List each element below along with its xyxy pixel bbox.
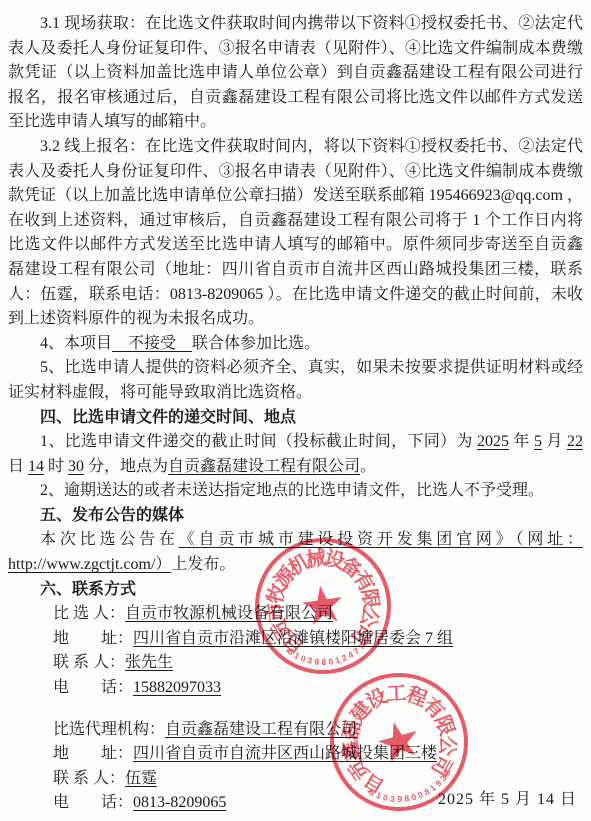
item-4-1: 1、比选申请文件递交的截止时间（投标截止时间，下同）为 2025 年 5 月 2…: [8, 430, 583, 479]
heading-section-4: 四、比选申请文件的递交时间、地点: [8, 406, 583, 431]
contact-value: 自贡市牧源机械设备有限公司: [125, 605, 333, 622]
underlined-value: 不接受: [112, 335, 192, 352]
contact-label: 电 话：: [53, 794, 133, 811]
text-run: 联合体参加比选。: [192, 335, 320, 352]
text-run: 3.2 线上报名：在比选文件获取时间内，将以下资料①授权委托书、②法定代表人及委…: [8, 138, 583, 327]
para-3-1: 3.1 现场获取：在比选文件获取时间内携带以下资料①授权委托书、②法定代表人及委…: [8, 12, 583, 135]
contact-label: 联 系 人：: [53, 654, 125, 671]
item-4-2: 2、逾期送达的或者未送达指定地点的比选申请文件，比选人不予受理。: [8, 479, 583, 504]
text-run: 5、比选申请人提供的资料必须齐全、真实，如果未按要求提供证明材料或经证实材料虚假…: [8, 359, 583, 401]
text-run: 上发布。: [171, 556, 235, 573]
contact-row: 地 址：四川省自贡市沿滩区沿滩镇楼阳塘居委会 7 组: [53, 627, 583, 652]
underlined-value: 14: [28, 458, 44, 475]
heading-section-5: 五、发布公告的媒体: [8, 504, 583, 529]
contact-value: 张先生: [125, 654, 173, 671]
underlined-value: 2025: [477, 433, 509, 450]
document-body: 3.1 现场获取：在比选文件获取时间内携带以下资料①授权委托书、②法定代表人及委…: [8, 12, 583, 602]
text-run: 五、发布公告的媒体: [40, 507, 184, 524]
contact-row: 电 话：15882097033: [53, 676, 583, 701]
contact-value: 0813-8209065: [133, 794, 226, 811]
contact-label: 电 话：: [53, 679, 133, 696]
para-announcement-media: 本次比选公告在《自贡市城市建设投资开发集团官网》（网址：http://www.z…: [8, 528, 583, 577]
document-page: 3.1 现场获取：在比选文件获取时间内携带以下资料①授权委托书、②法定代表人及委…: [0, 0, 591, 821]
contact-value: 伍霆: [125, 770, 157, 787]
underlined-value: 22: [567, 433, 583, 450]
contact-value: 自贡鑫磊建设工程有限公司: [165, 721, 357, 738]
text-run: 四、比选申请文件的递交时间、地点: [40, 409, 296, 426]
text-run: 2、逾期送达的或者未送达指定地点的比选申请文件，比选人不予受理。: [40, 482, 544, 499]
contact-label: 比 选 人：: [53, 605, 125, 622]
contact-label: 地 址：: [53, 630, 133, 647]
contact-row: 比选代理机构：自贡鑫磊建设工程有限公司: [53, 718, 583, 743]
heading-section-6: 六、联系方式: [8, 578, 583, 603]
text-run: 分，地点为: [84, 458, 168, 475]
underlined-value: 30: [68, 458, 84, 475]
contact-label: 联 系 人：: [53, 770, 125, 787]
text-run: 日: [8, 458, 28, 475]
item-4: 4、本项目 不接受 联合体参加比选。: [8, 332, 583, 357]
text-run: 。: [360, 458, 376, 475]
text-run: 3.1 现场获取：在比选文件获取时间内携带以下资料①授权委托书、②法定代表人及委…: [8, 15, 583, 130]
underlined-value: 5: [534, 433, 542, 450]
underlined-value: 自贡鑫磊建设工程有限公司: [168, 458, 360, 475]
contact-value: 四川省自贡市沿滩区沿滩镇楼阳塘居委会 7 组: [133, 630, 453, 647]
text-run: 月: [542, 433, 567, 450]
text-run: 年: [509, 433, 534, 450]
text-run: 1、比选申请文件递交的截止时间（投标截止时间，下同）为: [40, 433, 477, 450]
contact-label: 比选代理机构：: [53, 721, 165, 738]
text-run: 时: [44, 458, 68, 475]
text-run: 本次比选公告在: [40, 531, 179, 548]
contact-value: 四川省自贡市自流井区西山路城投集团三楼: [133, 745, 437, 762]
para-3-2: 3.2 线上报名：在比选文件获取时间内，将以下资料①授权委托书、②法定代表人及委…: [8, 135, 583, 332]
contact-row: 联 系 人：张先生: [53, 651, 583, 676]
contact-row: 比 选 人：自贡市牧源机械设备有限公司: [53, 602, 583, 627]
contact-label: 地 址：: [53, 745, 133, 762]
contact-value: 15882097033: [133, 679, 221, 696]
bidder-contact-block: 比 选 人：自贡市牧源机械设备有限公司地 址：四川省自贡市沿滩区沿滩镇楼阳塘居委…: [8, 602, 583, 700]
contact-row: 地 址：四川省自贡市自流井区西山路城投集团三楼: [53, 742, 583, 767]
text-run: 六、联系方式: [40, 581, 136, 598]
text-run: 4、本项目: [40, 335, 112, 352]
document-date: 2025 年 5 月 14 日: [438, 788, 577, 813]
item-5: 5、比选申请人提供的资料必须齐全、真实，如果未按要求提供证明材料或经证实材料虚假…: [8, 356, 583, 405]
